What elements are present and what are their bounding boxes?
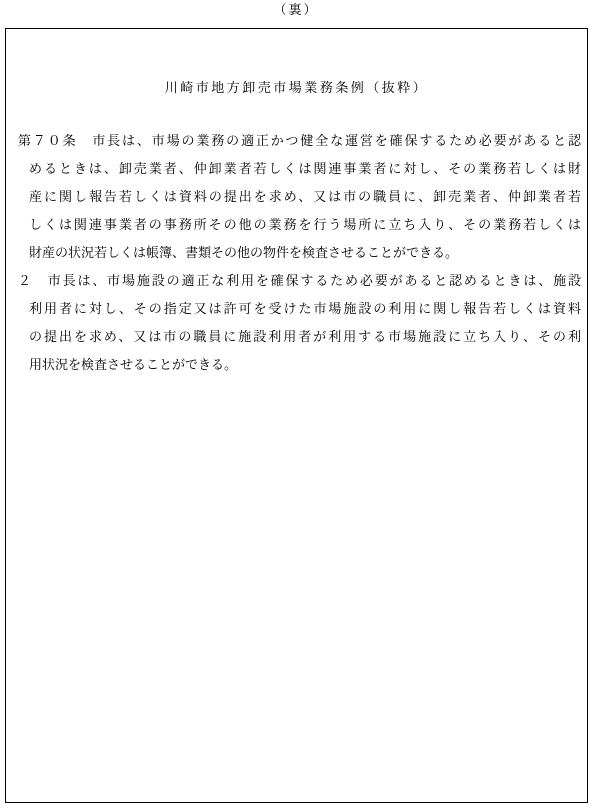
text-line: めるときは、卸売業者、仲卸業者若しくは関連事業者に対し、その業務若しくは財 [29, 155, 581, 183]
paragraph: 第７０条 市長は、市場の業務の適正かつ健全な運営を確保するため必要があると認める… [18, 127, 581, 267]
text-line: 財産の状況若しくは帳簿、書類その他の物件を検査させることができる。 [29, 239, 581, 267]
document-title: 川崎市地方卸売市場業務条例（抜粋） [6, 78, 587, 98]
document-body: 第７０条 市長は、市場の業務の適正かつ健全な運営を確保するため必要があると認める… [18, 127, 581, 379]
text-line: 産に関し報告若しくは資料の提出を求め、又は市の職員に、卸売業者、仲卸業者若 [29, 183, 581, 211]
text-line: しくは関連事業者の事務所その他の業務を行う場所に立ち入り、その業務若しくは [29, 211, 581, 239]
text-line: 利用者に対し、その指定又は許可を受けた市場施設の利用に関し報告若しくは資料 [29, 295, 581, 323]
text-line: の提出を求め、又は市の職員に施設利用者が利用する市場施設に立ち入り、その利 [29, 323, 581, 351]
text-line: 第７０条 市長は、市場の業務の適正かつ健全な運営を確保するため必要があると認 [29, 127, 581, 155]
paragraph: ２ 市長は、市場施設の適正な利用を確保するため必要があると認めるときは、施設利用… [18, 267, 581, 379]
text-line: 用状況を検査させることができる。 [29, 351, 581, 379]
text-line: ２ 市長は、市場施設の適正な利用を確保するため必要があると認めるときは、施設 [29, 267, 581, 295]
document-border-box: 川崎市地方卸売市場業務条例（抜粋） 第７０条 市長は、市場の業務の適正かつ健全な… [5, 28, 588, 803]
page-side-label: （裏） [0, 1, 592, 18]
document-page: （裏） 川崎市地方卸売市場業務条例（抜粋） 第７０条 市長は、市場の業務の適正か… [0, 0, 592, 810]
